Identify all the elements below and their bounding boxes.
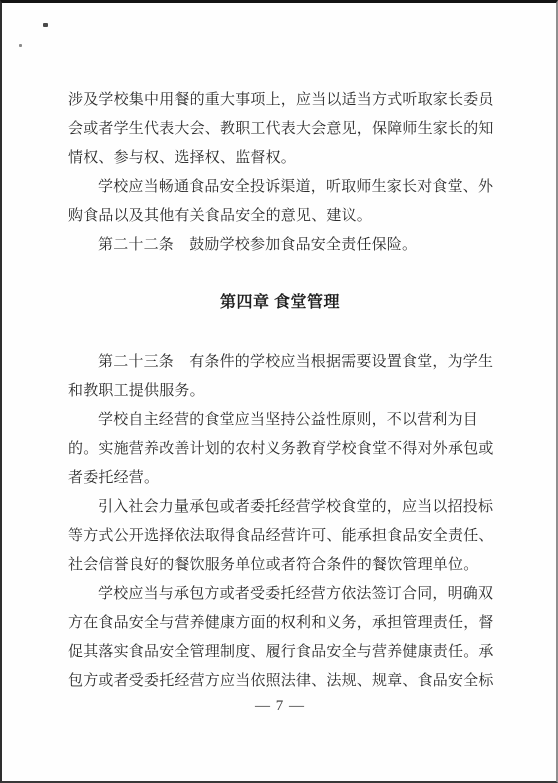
text-line: 会或者学生代表大会、教职工代表大会意见，保障师生家长的知 (68, 115, 492, 144)
paragraph: 学校应当与承包方或者受委托经营方依法签订合同，明确双 方在食品安全与营养健康方面… (68, 580, 492, 696)
scan-speck (19, 44, 22, 47)
text-line: 和教职工提供服务。 (68, 377, 492, 406)
page-number: — 7 — (68, 696, 492, 716)
text-line: 的。实施营养改善计划的农村义务教育学校食堂不得对外承包或 (68, 435, 492, 464)
text-line: 引入社会力量承包或者委托经营学校食堂的，应当以招投标 (68, 493, 492, 522)
text-line: 等方式公开选择依法取得食品经营许可、能承担食品安全责任、 (68, 522, 492, 551)
text-line: 者委托经营。 (68, 464, 492, 493)
text-line: 学校应当畅通食品安全投诉渠道，听取师生家长对食堂、外 (68, 173, 492, 202)
paragraph: 引入社会力量承包或者委托经营学校食堂的，应当以招投标 等方式公开选择依法取得食品… (68, 493, 492, 580)
scanned-document-page: 涉及学校集中用餐的重大事项上，应当以适当方式听取家长委员 会或者学生代表大会、教… (0, 0, 558, 783)
text-line: 方在食品安全与营养健康方面的权利和义务，承担管理责任，督 (68, 609, 492, 638)
text-line: 促其落实食品安全管理制度、履行食品安全与营养健康责任。承 (68, 638, 492, 667)
text-line: 学校应当与承包方或者受委托经营方依法签订合同，明确双 (68, 580, 492, 609)
paragraph: 学校自主经营的食堂应当坚持公益性原则，不以营利为目 的。实施营养改善计划的农村义… (68, 406, 492, 493)
text-line: 社会信誉良好的餐饮服务单位或者符合条件的餐饮管理单位。 (68, 551, 492, 580)
document-body: 涉及学校集中用餐的重大事项上，应当以适当方式听取家长委员 会或者学生代表大会、教… (68, 3, 492, 716)
text-line: 第二十二条 鼓励学校参加食品安全责任保险。 (68, 231, 492, 260)
text-line: 第二十三条 有条件的学校应当根据需要设置食堂，为学生 (68, 348, 492, 377)
scan-speck (43, 23, 48, 27)
text-line: 涉及学校集中用餐的重大事项上，应当以适当方式听取家长委员 (68, 86, 492, 115)
paragraph: 涉及学校集中用餐的重大事项上，应当以适当方式听取家长委员 会或者学生代表大会、教… (68, 86, 492, 173)
chapter-heading: 第四章 食堂管理 (68, 288, 492, 317)
text-line: 学校自主经营的食堂应当坚持公益性原则，不以营利为目 (68, 406, 492, 435)
paragraph: 第二十二条 鼓励学校参加食品安全责任保险。 (68, 231, 492, 260)
paragraph: 第二十三条 有条件的学校应当根据需要设置食堂，为学生 和教职工提供服务。 (68, 348, 492, 406)
text-line: 包方或者受委托经营方应当依照法律、法规、规章、食品安全标 (68, 667, 492, 696)
paragraph: 学校应当畅通食品安全投诉渠道，听取师生家长对食堂、外 购食品以及其他有关食品安全… (68, 173, 492, 231)
text-line: 购食品以及其他有关食品安全的意见、建议。 (68, 202, 492, 231)
text-line: 情权、参与权、选择权、监督权。 (68, 144, 492, 173)
